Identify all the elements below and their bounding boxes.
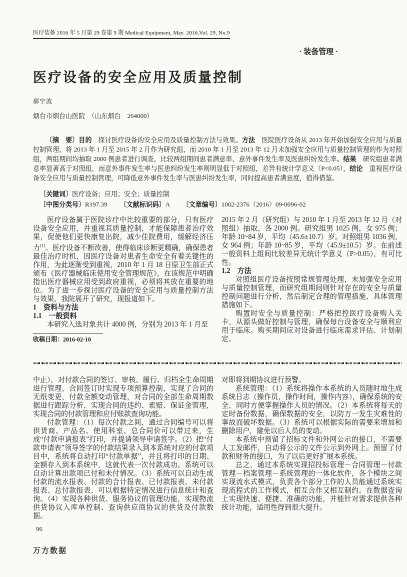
keywords-text: 医疗设备；应用；安全；质量控制 <box>72 190 170 198</box>
clc-value: R197.39 <box>85 201 107 209</box>
continued-left-column: 中止），对付款合同的签订、审核、履行、归档全生命周期进行管理，合同签订时实现专项… <box>33 376 214 533</box>
abstract-objective-text: 探讨医疗设备的安全应用及质量控制方法与效果。 <box>92 136 242 144</box>
journal-header: 医疗装备 2016 年 5 月第 29 卷第 9 期 Medical Equip… <box>33 29 230 40</box>
abstract-results-label: 结果 <box>343 155 356 163</box>
footnote-rule <box>33 333 103 334</box>
contract-management-paragraph: 中止），对付款合同的签订、审核、履行、归档全生命周期进行管理，合同签订时实现专项… <box>33 376 214 419</box>
page-title: 医疗设备的安全应用及质量控制 <box>33 67 402 87</box>
classification-line: 〔中图分类号〕R197.39 〔文献标识码〕A 〔文章编号〕1002-2376（… <box>33 200 402 210</box>
author-name: 郝宁波 <box>33 97 402 106</box>
keywords-line: 〔关键词〕医疗设备；应用；安全；质量控制 <box>33 189 402 199</box>
article-id-segment: 〔文章编号〕1002-2376（2016）09-0096-02 <box>182 201 306 209</box>
summary-paragraph: 总之，通过本系统实现招投标管理－合同管理－付款管理－档案管理－系统管理的一体化软… <box>222 461 403 512</box>
author-affiliation: 烟台市烟台山医院 （山东烟台 264000） <box>33 111 402 121</box>
abstract-paragraph: 〔摘 要〕目的 探讨医疗设备的安全应用及质量控制方法与效果。方法 医院医疗设备从… <box>33 135 402 183</box>
page-number: 96 <box>33 525 214 534</box>
journal-page: 医疗装备 2016 年 5 月第 29 卷第 9 期 Medical Equip… <box>0 0 407 577</box>
demographics-paragraph: 2015 年 2 月（研究组）与 2010 年 1 月至 2013 年 12 月… <box>222 216 403 267</box>
article-id-value: 1002-2376（2016）09-0096-02 <box>221 201 306 209</box>
doc-code-segment: 〔文献标识码〕A <box>120 201 170 209</box>
system-management-paragraph: 系统管理：（1）系统将操作本系统的人员随时地生成系统日志（操作员，操作时间，操作… <box>222 385 403 436</box>
subsection-heading-1-2: 1.2 方法 <box>222 267 403 276</box>
wanfang-watermark: 万方数据 <box>33 545 67 556</box>
body-left-column: 医疗设备属于医院诊疗中比较重要的部分，只有医疗设备安全应用，并重视其质量控制，才… <box>33 216 214 357</box>
warning-paragraph: 对即将到期协议进行预警。 <box>222 376 403 385</box>
doc-code-label: 〔文献标识码〕 <box>120 201 166 209</box>
abstract-methods-label: 方法 <box>242 136 255 144</box>
sample-paragraph: 本研究入选对象共计 4000 例，分别为 2013 年 1 月至 <box>33 320 214 329</box>
article-id-label: 〔文章编号〕 <box>182 201 221 209</box>
ornament-divider: ⊶⊷⊶⊷⊶⊷⊶⊷⊶⊷⊶⊷⊶⊷⊶⊷⊶⊷⊶⊷⊶⊷⊶⊷⊶⊷⊶⊷⊶⊷⊶⊷⊶⊷⊶⊷⊶⊷⊶⊷… <box>33 358 402 369</box>
clc-segment: 〔中图分类号〕R197.39 <box>40 201 108 209</box>
page-content: 医疗装备 2016 年 5 月第 29 卷第 9 期 Medical Equip… <box>0 0 407 533</box>
body-columns: 医疗设备属于医院诊疗中比较重要的部分，只有医疗设备安全应用，并重视其质量控制，才… <box>33 216 402 357</box>
abstract-conclusion-label: 结论 <box>350 165 363 173</box>
section-heading-1: 1 资料与方法 <box>33 303 214 312</box>
interface-paragraph: 本系统中预留了招标文件和外网公示的接口，不需要人工发邮件，自动将公示的文件公示到… <box>222 436 403 462</box>
clc-label: 〔中图分类号〕 <box>40 201 86 209</box>
continued-right-column: 对即将到期协议进行预警。 系统管理：（1）系统将操作本系统的人员随时地生成系统日… <box>222 376 403 533</box>
intro-paragraph: 医疗设备属于医院诊疗中比较重要的部分，只有医疗设备安全应用，并重视其质量控制，才… <box>33 216 214 303</box>
intro-text-b: 。医疗设备不断改善，使得临床诊断更精确，确保患者最佳治疗时机，因医疗设备对患者生… <box>33 244 214 303</box>
doc-code-value: A <box>165 201 169 209</box>
section-label: · 装备管理 · <box>33 46 402 57</box>
subsection-heading-1-1: 1.1 一般资料 <box>33 312 214 321</box>
received-date: 收稿日期：2016-02-10 <box>33 335 214 344</box>
abstract-label: 〔摘 要〕 <box>46 136 79 144</box>
keywords-label: 〔关键词〕 <box>40 190 73 198</box>
methods-paragraph: 对照组医疗设备按照常规管理处理，未加强安全应用与质量控制管理，而研究组期间则针对… <box>222 276 403 310</box>
purchase-control-paragraph: 购置时安全与质量控制：严格把控医疗设备购入关卡，从源头做好控制与管理，确保每台设… <box>222 310 403 344</box>
payment-management-paragraph: 付款管理：（1）每次付款之间，通过合同编号可以将供货商、产品名、使用科室、总合同… <box>33 419 214 521</box>
continued-article-columns: 中止），对付款合同的签订、审核、履行、归档全生命周期进行管理，合同签订时实现专项… <box>33 376 402 533</box>
body-right-column: 2015 年 2 月（研究组）与 2010 年 1 月至 2013 年 12 月… <box>222 216 403 357</box>
abstract-objective-label: 目的 <box>79 136 92 144</box>
